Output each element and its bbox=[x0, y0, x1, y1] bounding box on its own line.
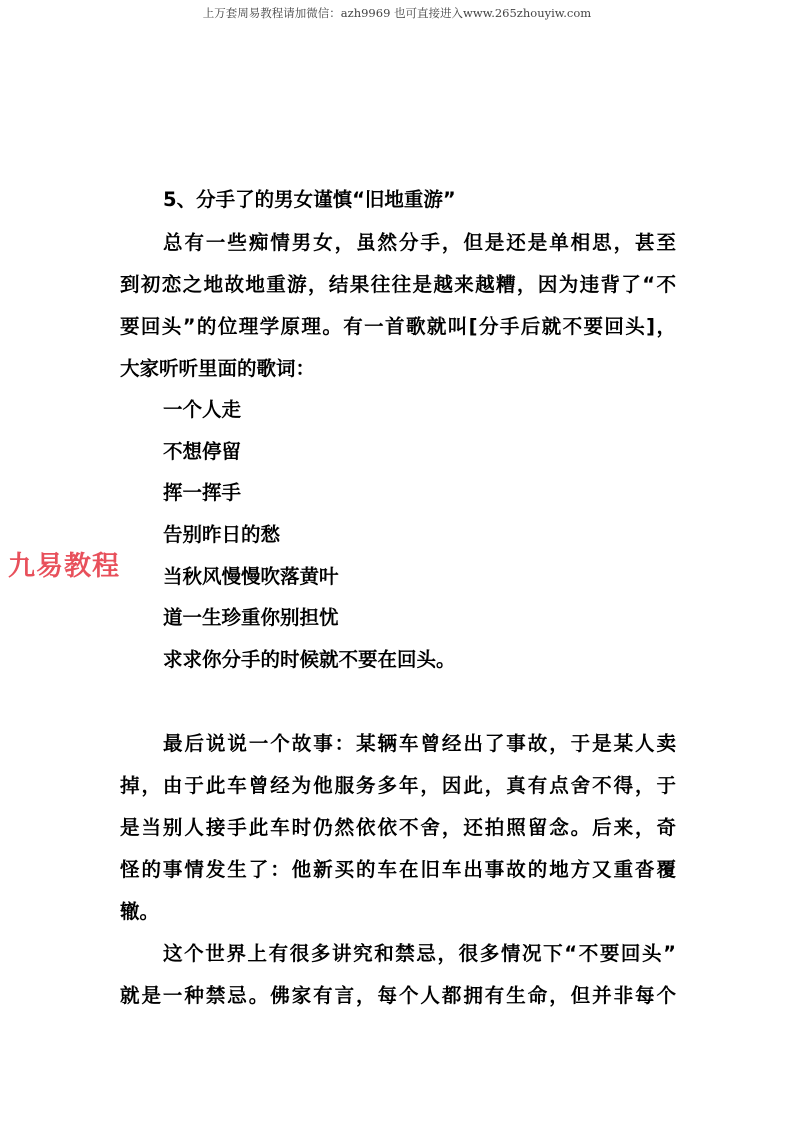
paragraph-line: 要回头”的位理学原理。有一首歌就叫[分手后就不要回头]， bbox=[120, 315, 676, 339]
lyric-line: 道一生珍重你别担忧 bbox=[163, 606, 339, 630]
lyric-line: 告别昨日的愁 bbox=[163, 523, 280, 547]
watermark-logo: 九易教程 bbox=[8, 544, 120, 583]
section-heading: 5、分手了的男女谨慎“旧地重游” bbox=[163, 188, 456, 212]
paragraph-line: 到初恋之地故地重游，结果往往是越来越糟，因为违背了“不 bbox=[120, 273, 676, 297]
paragraph-line: 辙。 bbox=[120, 900, 159, 924]
paragraph-line: 最后说说一个故事：某辆车曾经出了事故，于是某人卖 bbox=[163, 732, 676, 756]
paragraph-line: 掉，由于此车曾经为他服务多年，因此，真有点舍不得，于 bbox=[120, 774, 676, 798]
paragraph-line: 大家听听里面的歌词： bbox=[120, 357, 315, 381]
lyric-line: 当秋风慢慢吹落黄叶 bbox=[163, 565, 339, 589]
paragraph-line: 怪的事情发生了：他新买的车在旧车出事故的地方又重沓覆 bbox=[120, 858, 676, 882]
paragraph-line: 总有一些痴情男女，虽然分手，但是还是单相思，甚至 bbox=[163, 231, 676, 255]
lyric-line: 求求你分手的时候就不要在回头。 bbox=[163, 648, 456, 672]
lyric-line: 不想停留 bbox=[163, 440, 241, 464]
paragraph-line: 这个世界上有很多讲究和禁忌，很多情况下“不要回头” bbox=[163, 942, 676, 966]
lyric-line: 一个人走 bbox=[163, 398, 241, 422]
page-header-banner: 上万套周易教程请加微信：azh9969 也可直接进入www.265zhouyiw… bbox=[0, 5, 794, 21]
paragraph-line: 就是一种禁忌。佛家有言，每个人都拥有生命，但并非每个 bbox=[120, 984, 676, 1008]
paragraph-line: 是当别人接手此车时仍然依依不舍，还拍照留念。后来，奇 bbox=[120, 816, 676, 840]
lyric-line: 挥一挥手 bbox=[163, 481, 241, 505]
